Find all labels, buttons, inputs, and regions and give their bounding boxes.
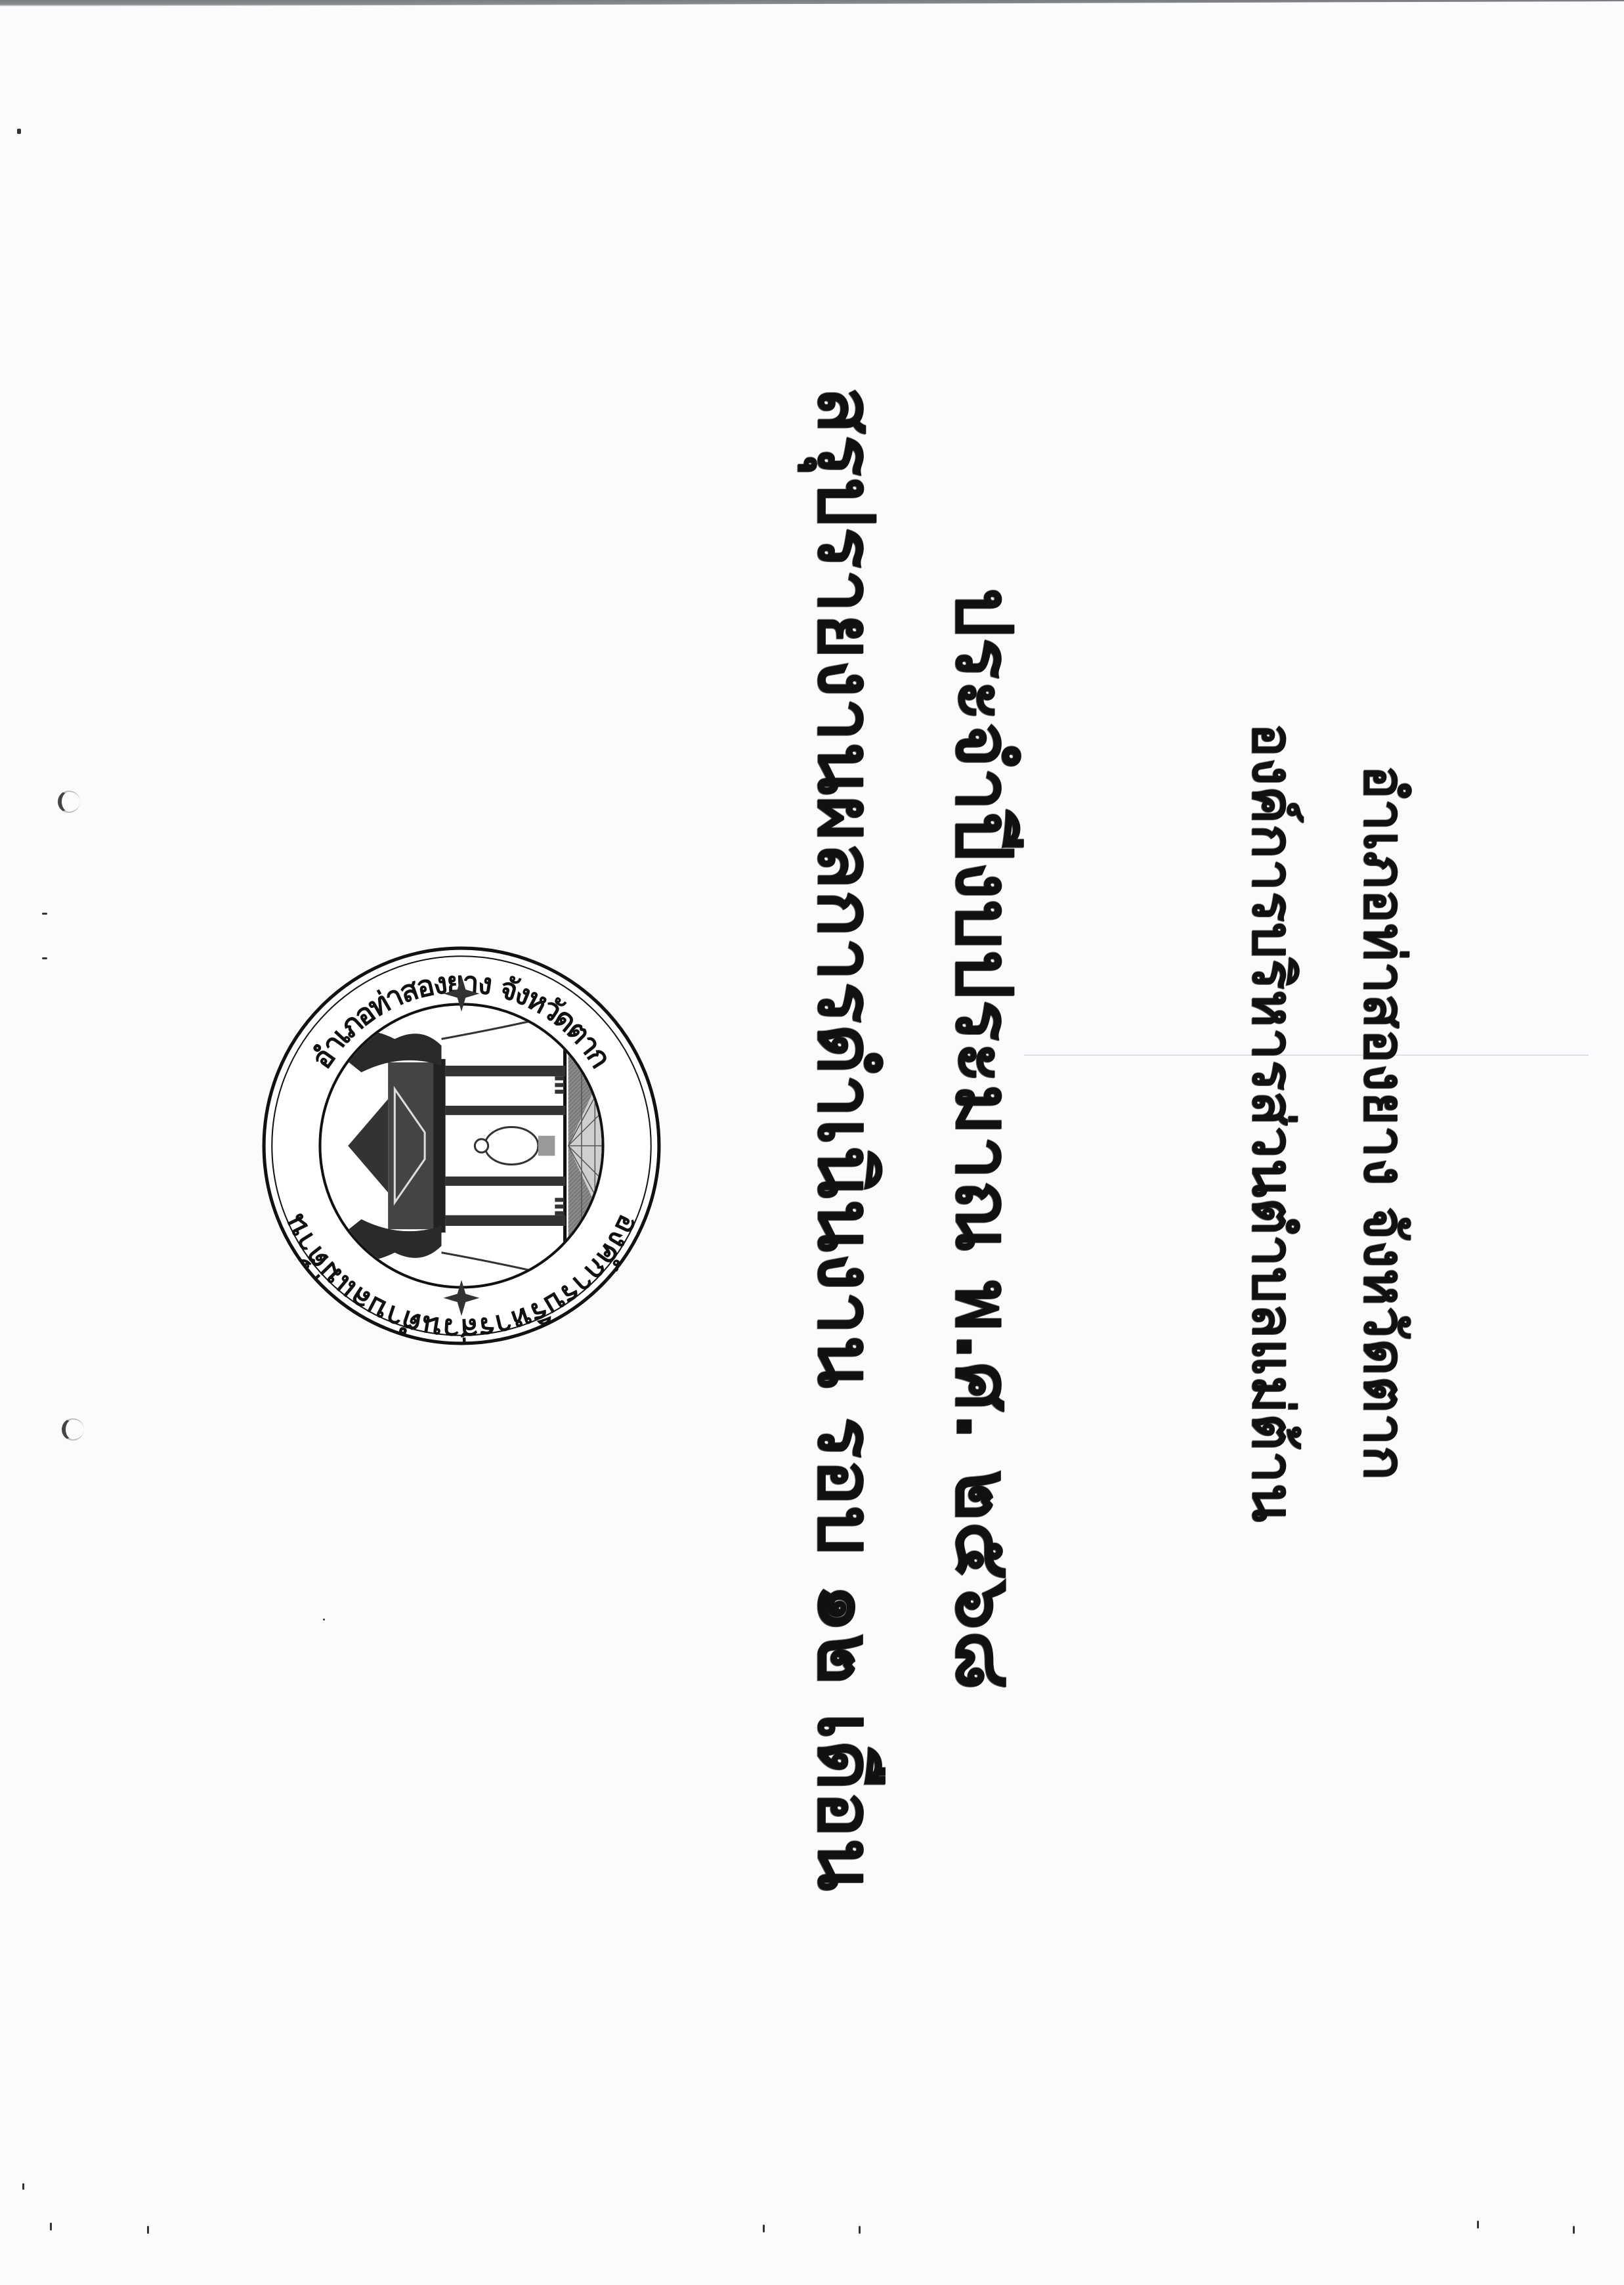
municipal-seal-icon: องค์การบริหารส่วนตำบลแม่ต้าน อำเภอท่าสอง… — [261, 946, 662, 1346]
scan-speck — [323, 1619, 325, 1621]
scan-speck — [1477, 2221, 1479, 2229]
scan-speck — [859, 2226, 861, 2234]
hole-punch-mark — [58, 791, 80, 813]
organization-name: องค์การบริหารส่วนตำบลแม่ต้าน — [1229, 723, 1319, 1523]
scan-speck — [1573, 2226, 1575, 2234]
report-title-line-2: ประจำปีงบประมาณ พ.ศ. ๒๕๖๘ — [923, 588, 1046, 1691]
hole-punch-mark — [62, 1418, 84, 1441]
scan-speck — [42, 957, 47, 959]
scan-speck — [17, 129, 21, 134]
scan-speck — [763, 2225, 765, 2232]
municipal-seal: องค์การบริหารส่วนตำบลแม่ต้าน อำเภอท่าสอง… — [261, 946, 662, 1346]
scan-speck — [22, 2183, 24, 2190]
organization-location: อำเภอท่าสองยาง จังหวัดตาก — [1340, 765, 1430, 1481]
scan-speck — [147, 2226, 149, 2234]
scan-speck — [50, 2223, 52, 2231]
report-title-line-1: สรุปรายงานผลการดำเนินงาน รอบ ๑๒ เดือน — [785, 387, 908, 1892]
scan-speck — [42, 913, 47, 915]
scanner-edge-band — [0, 0, 1624, 7]
